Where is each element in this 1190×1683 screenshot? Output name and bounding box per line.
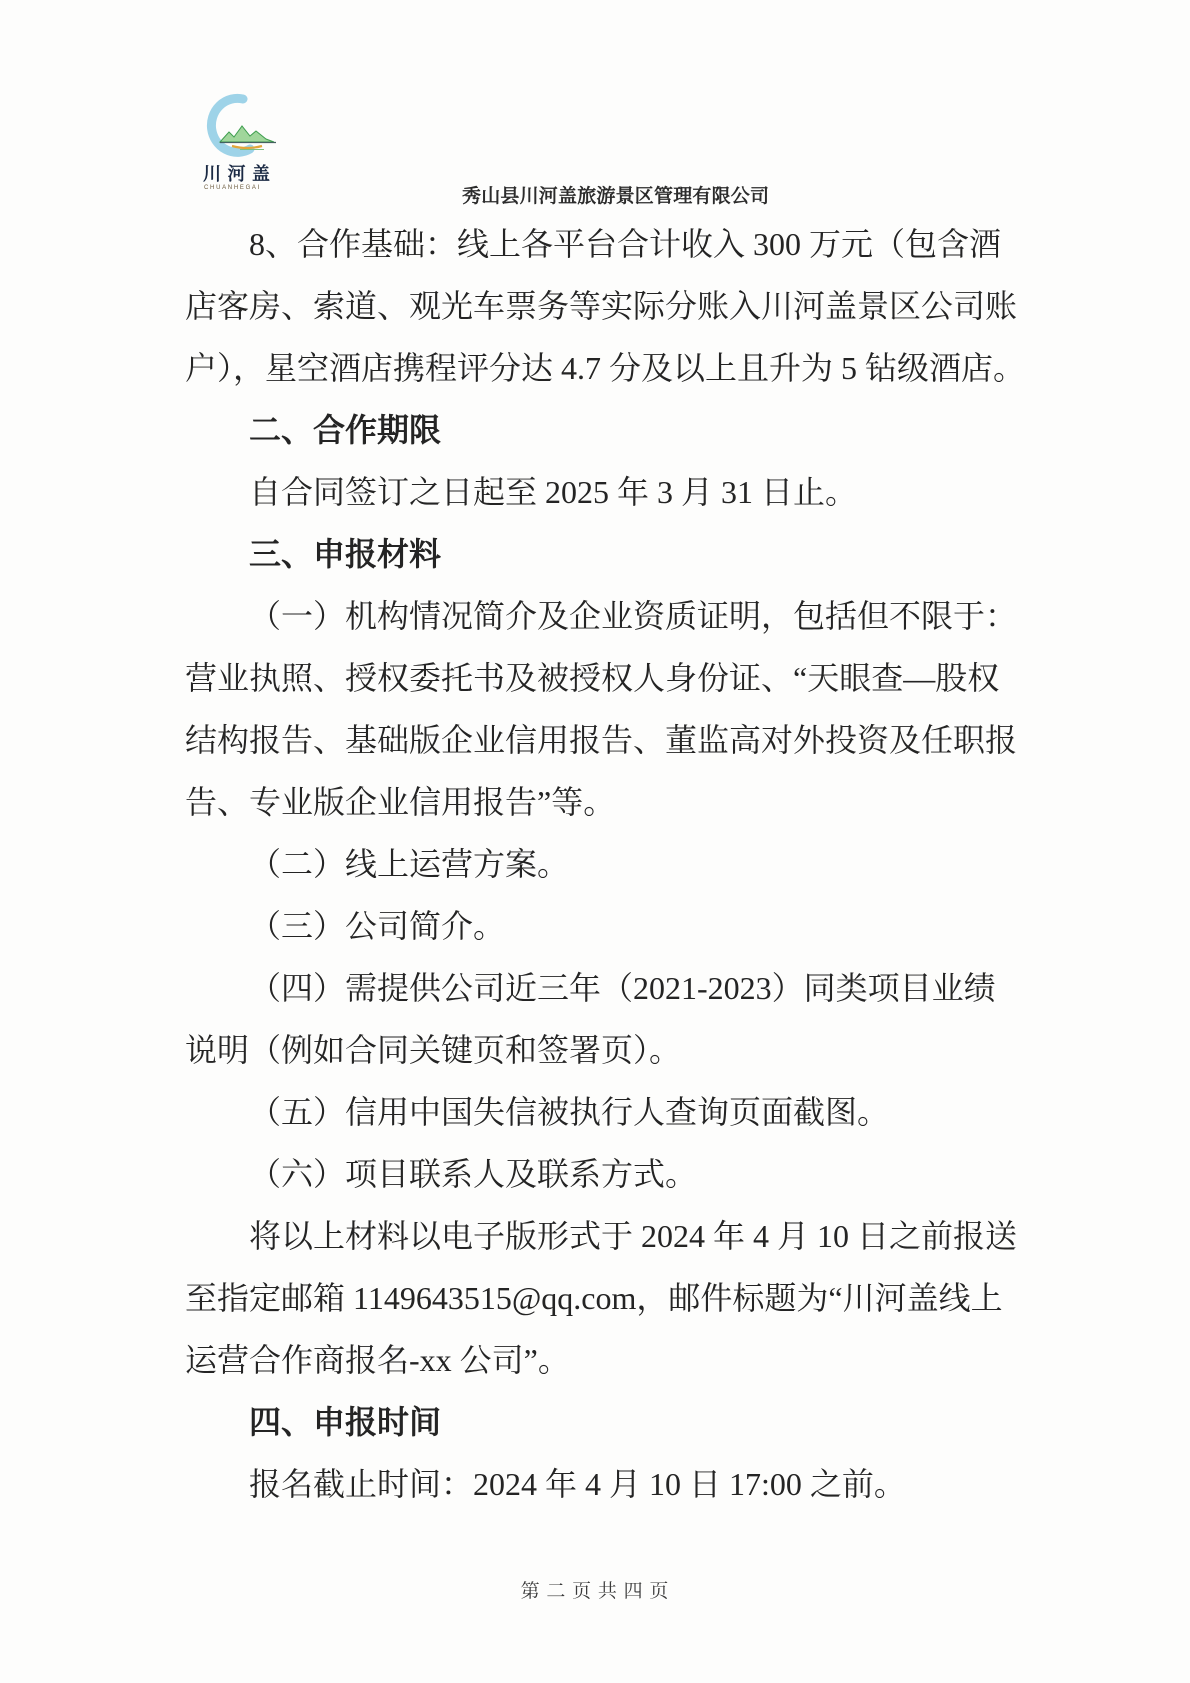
logo-caption: CHUANHEGAI — [204, 185, 261, 191]
document-line: 报名截止时间：2024 年 4 月 10 日 17:00 之前。 — [185, 1453, 1025, 1515]
document-line: （一）机构情况简介及企业资质证明，包括但不限于： — [185, 585, 1025, 647]
document-line: 至指定邮箱 1149643515@qq.com，邮件标题为“川河盖线上 — [185, 1267, 1025, 1329]
document-line: 将以上材料以电子版形式于 2024 年 4 月 10 日之前报送 — [185, 1205, 1025, 1267]
logo-c-swoosh-icon — [198, 92, 308, 158]
chuanhegai-logo: 川 河 盖 CHUANHEGAI — [198, 92, 308, 202]
section-heading: 四、申报时间 — [185, 1391, 1025, 1453]
document-line: （三）公司简介。 — [185, 895, 1025, 957]
logo-wordmark: 川 河 盖 — [203, 160, 271, 186]
document-line: 户），星空酒店携程评分达 4.7 分及以上且升为 5 钻级酒店。 — [185, 337, 1025, 399]
document-line: 结构报告、基础版企业信用报告、董监高对外投资及任职报 — [185, 709, 1025, 771]
document-line: 说明（例如合同关键页和签署页）。 — [185, 1019, 1025, 1081]
document-page: 川 河 盖 CHUANHEGAI 秀山县川河盖旅游景区管理有限公司 8、合作基础… — [0, 0, 1190, 1683]
document-body: 8、合作基础：线上各平台合计收入 300 万元（包含酒 店客房、索道、观光车票务… — [185, 213, 1025, 1515]
document-line: 店客房、索道、观光车票务等实际分账入川河盖景区公司账 — [185, 275, 1025, 337]
document-line: 自合同签订之日起至 2025 年 3 月 31 日止。 — [185, 461, 1025, 523]
document-line: 运营合作商报名-xx 公司”。 — [185, 1329, 1025, 1391]
document-line: 营业执照、授权委托书及被授权人身份证、“天眼查—股权 — [185, 647, 1025, 709]
section-heading: 三、申报材料 — [185, 523, 1025, 585]
document-line: （六）项目联系人及联系方式。 — [185, 1143, 1025, 1205]
document-line: （四）需提供公司近三年（2021-2023）同类项目业绩 — [185, 957, 1025, 1019]
document-line: （二）线上运营方案。 — [185, 833, 1025, 895]
page-number: 第 二 页 共 四 页 — [0, 1576, 1190, 1603]
section-heading: 二、合作期限 — [185, 399, 1025, 461]
document-line: 告、专业版企业信用报告”等。 — [185, 771, 1025, 833]
document-line: 8、合作基础：线上各平台合计收入 300 万元（包含酒 — [185, 213, 1025, 275]
company-name: 秀山县川河盖旅游景区管理有限公司 — [462, 181, 769, 208]
document-line: （五）信用中国失信被执行人查询页面截图。 — [185, 1081, 1025, 1143]
